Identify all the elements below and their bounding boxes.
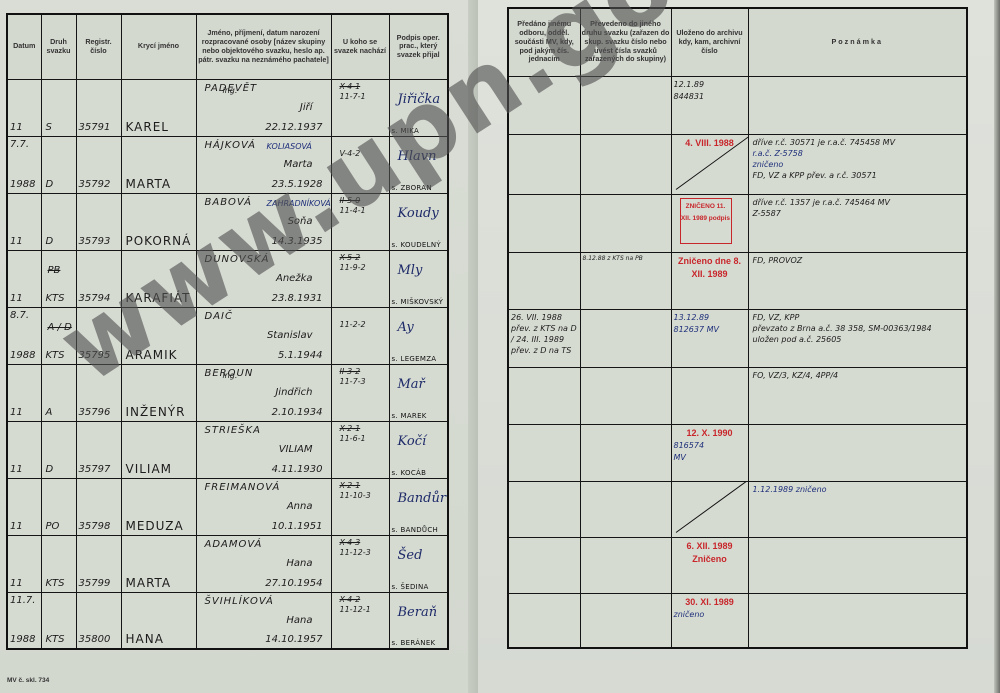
given-name: Jindřich: [275, 387, 312, 398]
archive-line: 816574: [674, 440, 746, 452]
note-line: dříve r.č. 1357 je r.a.č. 745464 MV: [753, 197, 963, 208]
archive-line: 13.12.89: [674, 312, 746, 324]
reg-number: 35792: [79, 179, 111, 190]
location-cell: 11-2-2: [331, 307, 389, 364]
file-type: PO: [46, 521, 60, 532]
location-cell: X-2-1 11-6-1: [331, 421, 389, 478]
converted: [581, 594, 671, 598]
surname: PADEVĚT: [205, 83, 258, 94]
handed-over: [509, 594, 580, 598]
archive-cell: [671, 367, 748, 424]
reg-number: 35793: [79, 236, 111, 247]
cover-name: POKORNÁ: [126, 234, 192, 248]
notes-cell: FD, VZ, KPPpřevzato z Brna a.č. 38 358, …: [748, 309, 967, 367]
handed-over: [509, 253, 580, 257]
converted-cell: [580, 76, 671, 134]
converted-cell: [580, 134, 671, 194]
archive-cell: 30. XI. 1989zničeno: [671, 593, 748, 648]
given-name: Anežka: [276, 273, 313, 284]
date-bottom: 11: [10, 464, 23, 475]
reg-number-cell: 35791: [76, 79, 121, 136]
cover-name-cell: ARAMIK: [121, 307, 196, 364]
officer-name: s. BERÁNEK: [392, 639, 436, 647]
surname: BABOVÁ: [205, 197, 252, 208]
file-type: KTS: [46, 350, 65, 361]
notes-cell: FO, VZ/3, KZ/4, 4PP/4: [748, 367, 967, 424]
officer-name: s. MIKA: [392, 127, 420, 135]
location-old: II-3-2: [340, 367, 361, 376]
table-row: 11 PB KTS 35794 KARAFIÁT DUNOVSKÁ Anežka…: [7, 250, 448, 307]
reg-number: 35800: [79, 634, 111, 645]
file-type-cell: S: [41, 79, 76, 136]
signature-cell: Ay s. LEGEMZA: [389, 307, 448, 364]
notes-cell: [748, 537, 967, 593]
given-name: Soňa: [288, 216, 313, 227]
date-bottom: 11: [10, 236, 23, 247]
signature-scribble: Beraň: [398, 605, 438, 620]
archive-cell: 6. XII. 1989 Zničeno: [671, 537, 748, 593]
registry-table-right: Předáno jinému odboru, odděl. součásti M…: [507, 7, 968, 649]
converted-cell: [580, 424, 671, 481]
table-row: 11 D 35797 VILIAM STRIEŠKA VILIAM 4.11.1…: [7, 421, 448, 478]
table-row: 1.12.1989 zničeno: [508, 481, 967, 537]
given-name: Jiří: [300, 102, 313, 113]
officer-name: s. KOUDELNÝ: [392, 241, 441, 249]
surname: ŠVIHLÍKOVÁ: [205, 596, 274, 607]
handed-over-cell: [508, 424, 580, 481]
signature-cell: Šed s. ŠEDINA: [389, 535, 448, 592]
converted-cell: [580, 309, 671, 367]
location-cell: II-5-0 11-4-1: [331, 193, 389, 250]
strike-line: [675, 481, 748, 532]
converted-cell: [580, 537, 671, 593]
reg-number: 35797: [79, 464, 111, 475]
cover-name: KARAFIÁT: [126, 291, 191, 305]
location-new: 11-10-3: [340, 491, 371, 500]
handed-over: [509, 135, 580, 139]
given-name: Hana: [286, 558, 312, 569]
archive-cell: 12.1.89844831: [671, 76, 748, 134]
location-cell: X-2-1 11-10-3: [331, 478, 389, 535]
header-person: Jméno, příjmení, datum narození rozpraco…: [196, 14, 331, 79]
reg-number-cell: 35795: [76, 307, 121, 364]
date-of-birth: 23.8.1931: [272, 293, 323, 304]
date-of-birth: 22.12.1937: [265, 122, 322, 133]
signature-scribble: Mly: [398, 263, 423, 278]
file-type-cell: D: [41, 193, 76, 250]
location-old: X-5-2: [340, 253, 361, 262]
converted: [581, 135, 671, 139]
notes-cell: [748, 76, 967, 134]
archive-cell: 4. VIII. 1988: [671, 134, 748, 194]
officer-name: s. BANDŮCH: [392, 526, 439, 534]
officer-name: s. ŠEDINA: [392, 583, 429, 591]
archive-cell: 12. X. 1990816574MV: [671, 424, 748, 481]
handed-over-cell: [508, 252, 580, 309]
cover-name: MARTA: [126, 576, 172, 590]
surname-alt: ZAHRADNÍKOVÁ: [267, 199, 331, 208]
date-cell: 11: [7, 364, 41, 421]
handed-over-cell: [508, 593, 580, 648]
header-date: Datum: [7, 14, 41, 79]
person-cell: DUNOVSKÁ Anežka 23.8.1931: [196, 250, 331, 307]
converted: [581, 425, 671, 429]
location-old: X-2-1: [340, 481, 361, 490]
header-notes: Poznámka: [748, 8, 967, 76]
table-row: FO, VZ/3, KZ/4, 4PP/4: [508, 367, 967, 424]
archive-line: 12.1.89: [674, 79, 746, 91]
converted: [581, 538, 671, 542]
handed-over: 26. VII. 1988 přev. z KTS na D / 24. III…: [509, 310, 580, 358]
date-of-birth: 14.3.1935: [272, 236, 323, 247]
person-cell: HÁJKOVÁ KOLIASOVÁ Marta 23.5.1928: [196, 136, 331, 193]
registry-table-left: Datum Druh svazku Registr. číslo Krycí j…: [6, 13, 449, 650]
cover-name-cell: VILIAM: [121, 421, 196, 478]
archive-cell: 13.12.89812637 MV: [671, 309, 748, 367]
location-old: X-4-3: [340, 538, 361, 547]
archive-cell: Zničeno dne 8. XII. 1989: [671, 252, 748, 309]
table-row: 6. XII. 1989 Zničeno: [508, 537, 967, 593]
table-row: 30. XI. 1989zničeno: [508, 593, 967, 648]
surname: DAIČ: [205, 311, 233, 322]
signature-cell: Beraň s. BERÁNEK: [389, 592, 448, 649]
converted-cell: [580, 593, 671, 648]
officer-name: s. MAREK: [392, 412, 427, 420]
archive-cell: ZNIČENO 11. XII. 1989 podpis: [671, 194, 748, 252]
reg-number-cell: 35792: [76, 136, 121, 193]
location-new: 11-7-1: [340, 92, 366, 101]
left-page: Datum Druh svazku Registr. číslo Krycí j…: [0, 0, 478, 693]
signature-scribble: Kočí: [398, 434, 427, 449]
file-type-cell: KTS: [41, 535, 76, 592]
note-line: uložen pod a.č. 25605: [753, 334, 963, 345]
header-archive: Uloženo do archivu kdy, kam, archivní čí…: [671, 8, 748, 76]
handed-over-cell: [508, 76, 580, 134]
cover-name-cell: HANA: [121, 592, 196, 649]
file-type-cell: A: [41, 364, 76, 421]
signature-scribble: Koudy: [398, 206, 439, 221]
reg-number-cell: 35799: [76, 535, 121, 592]
archive-line: 844831: [674, 91, 746, 103]
note-line: 1.12.1989 zničeno: [753, 484, 963, 495]
location-new: 11-9-2: [340, 263, 366, 272]
location-new: 11-4-1: [340, 206, 366, 215]
date-cell: 11: [7, 250, 41, 307]
date-bottom: 11: [10, 122, 23, 133]
date-of-birth: 14.10.1957: [265, 634, 322, 645]
reg-number-cell: 35797: [76, 421, 121, 478]
file-type: KTS: [46, 634, 65, 645]
date-top: 11.7.: [10, 595, 35, 606]
table-row: 11.7. 1988 KTS 35800 HANA ŠVIHLÍKOVÁ Han…: [7, 592, 448, 649]
note-line: r.a.č. Z-5758: [753, 148, 963, 159]
handed-over: [509, 195, 580, 199]
converted: [581, 195, 671, 199]
note-line: převzato z Brna a.č. 38 358, SM-00363/19…: [753, 323, 963, 334]
file-type-cell: PO: [41, 478, 76, 535]
date-bottom: 11: [10, 578, 23, 589]
converted-cell: [580, 481, 671, 537]
archive-cell: [671, 481, 748, 537]
signature-cell: Mly s. MIŠKOVSKÝ: [389, 250, 448, 307]
converted: [581, 368, 671, 372]
notes-cell: dříve r.č. 1357 je r.a.č. 745464 MVZ-558…: [748, 194, 967, 252]
table-row: 8.12.88 z KTS na PB Zničeno dne 8. XII. …: [508, 252, 967, 309]
handed-over-cell: 26. VII. 1988 přev. z KTS na D / 24. III…: [508, 309, 580, 367]
reg-number: 35796: [79, 407, 111, 418]
cover-name: VILIAM: [126, 462, 173, 476]
date-cell: 11: [7, 79, 41, 136]
cover-name-cell: KARAFIÁT: [121, 250, 196, 307]
handed-over-cell: [508, 194, 580, 252]
converted: 8.12.88 z KTS na PB: [581, 253, 671, 264]
note-line: zničeno: [753, 159, 963, 170]
archive-line: MV: [674, 452, 746, 464]
given-name: Marta: [284, 159, 313, 170]
person-cell: STRIEŠKA VILIAM 4.11.1930: [196, 421, 331, 478]
location-old: X-4-1: [340, 82, 361, 91]
signature-scribble: Jiřička: [398, 92, 441, 107]
table-row: 12.1.89844831: [508, 76, 967, 134]
reg-number-cell: 35794: [76, 250, 121, 307]
cover-name: ARAMIK: [126, 348, 178, 362]
date-of-birth: 2.10.1934: [272, 407, 323, 418]
notes-cell: dříve r.č. 30571 je r.a.č. 745458 MVr.a.…: [748, 134, 967, 194]
file-type: S: [46, 122, 52, 133]
signature-cell: Hlavn s. ZBORAN: [389, 136, 448, 193]
cover-name-cell: MARTA: [121, 535, 196, 592]
surname: DUNOVSKÁ: [205, 254, 270, 265]
handed-over: [509, 77, 580, 81]
cover-name: MEDUZA: [126, 519, 184, 533]
signature-scribble: Hlavn: [398, 149, 437, 164]
date-cell: 11: [7, 535, 41, 592]
handed-over-cell: [508, 537, 580, 593]
table-row: 11 A 35796 INŽENÝR ing. BEROUN Jindřich …: [7, 364, 448, 421]
officer-name: s. ZBORAN: [392, 184, 432, 192]
date-cell: 8.7. 1988: [7, 307, 41, 364]
table-row: 11 D 35793 POKORNÁ BABOVÁ ZAHRADNÍKOVÁ S…: [7, 193, 448, 250]
handed-over-cell: [508, 481, 580, 537]
table-row: 7.7. 1988 D 35792 MARTA HÁJKOVÁ KOLIASOV…: [7, 136, 448, 193]
given-name: Hana: [286, 615, 312, 626]
handed-over: [509, 368, 580, 372]
destroyed-stamp: ZNIČENO 11. XII. 1989 podpis: [680, 198, 732, 244]
location-cell: X-4-3 11-12-3: [331, 535, 389, 592]
table-row: 11 PO 35798 MEDUZA FREIMANOVÁ Anna 10.1.…: [7, 478, 448, 535]
header-cover-name: Krycí jméno: [121, 14, 196, 79]
notes-cell: [748, 593, 967, 648]
signature-cell: Kočí s. KOCÁB: [389, 421, 448, 478]
file-type-old: PB: [48, 265, 61, 276]
person-cell: ing. PADEVĚT Jiří 22.12.1937: [196, 79, 331, 136]
table-row: 8.7. 1988 A / D KTS 35795 ARAMIK DAIČ St…: [7, 307, 448, 364]
officer-name: s. LEGEMZA: [392, 355, 437, 363]
date-of-birth: 10.1.1951: [272, 521, 323, 532]
date-of-birth: 4.11.1930: [272, 464, 323, 475]
table-row: 11 KTS 35799 MARTA ADAMOVÁ Hana 27.10.19…: [7, 535, 448, 592]
converted: [581, 310, 671, 314]
archive-line: zničeno: [674, 609, 746, 621]
form-number: MV č. skl. 734: [7, 677, 49, 684]
cover-name: MARTA: [126, 177, 172, 191]
table-row: ZNIČENO 11. XII. 1989 podpis dříve r.č. …: [508, 194, 967, 252]
cover-name: INŽENÝR: [126, 405, 186, 419]
file-type: D: [46, 464, 54, 475]
handed-over: [509, 482, 580, 486]
cover-name-cell: MARTA: [121, 136, 196, 193]
notes-cell: [748, 424, 967, 481]
location-cell: V-4-2: [331, 136, 389, 193]
date-bottom: 11: [10, 293, 23, 304]
person-cell: ADAMOVÁ Hana 27.10.1954: [196, 535, 331, 592]
signature-scribble: Bandůr: [398, 491, 447, 506]
file-type-cell: D: [41, 136, 76, 193]
handed-over-cell: [508, 367, 580, 424]
location-cell: X-5-2 11-9-2: [331, 250, 389, 307]
cover-name-cell: KAREL: [121, 79, 196, 136]
location-cell: II-3-2 11-7-3: [331, 364, 389, 421]
table-row: 26. VII. 1988 přev. z KTS na D / 24. III…: [508, 309, 967, 367]
cover-name: KAREL: [126, 120, 169, 134]
location-new: 11-2-2: [340, 320, 366, 329]
date-bottom: 1988: [10, 634, 35, 645]
note-line: FD, VZ a KPP přev. a r.č. 30571: [753, 170, 963, 181]
location-old: II-5-0: [340, 196, 361, 205]
file-type: KTS: [46, 293, 65, 304]
person-cell: ing. BEROUN Jindřich 2.10.1934: [196, 364, 331, 421]
surname-alt: KOLIASOVÁ: [267, 142, 312, 151]
signature-scribble: Mař: [398, 377, 425, 392]
surname: FREIMANOVÁ: [205, 482, 281, 493]
note-line: dříve r.č. 30571 je r.a.č. 745458 MV: [753, 137, 963, 148]
date-of-birth: 27.10.1954: [265, 578, 322, 589]
reg-number: 35799: [79, 578, 111, 589]
date-cell: 11.7. 1988: [7, 592, 41, 649]
surname: HÁJKOVÁ: [205, 140, 256, 151]
signature-scribble: Šed: [398, 548, 423, 563]
date-bottom: 11: [10, 521, 23, 532]
date-stamp: Zničeno dne 8. XII. 1989: [674, 255, 746, 281]
reg-number-cell: 35800: [76, 592, 121, 649]
reg-number-cell: 35798: [76, 478, 121, 535]
date-of-birth: 5.1.1944: [278, 350, 323, 361]
reg-number-cell: 35793: [76, 193, 121, 250]
date-of-birth: 23.5.1928: [272, 179, 323, 190]
table-row: 11 S 35791 KAREL ing. PADEVĚT Jiří 22.12…: [7, 79, 448, 136]
file-type-cell: A / D KTS: [41, 307, 76, 364]
surname: STRIEŠKA: [205, 425, 261, 436]
location-cell: X-4-2 11-12-1: [331, 592, 389, 649]
signature-scribble: Ay: [398, 320, 414, 335]
file-type: A: [46, 407, 53, 418]
person-cell: ŠVIHLÍKOVÁ Hana 14.10.1957: [196, 592, 331, 649]
location-new: 11-6-1: [340, 434, 366, 443]
file-type-cell: D: [41, 421, 76, 478]
notes-cell: 1.12.1989 zničeno: [748, 481, 967, 537]
file-type: D: [46, 179, 54, 190]
file-type: KTS: [46, 578, 65, 589]
header-handed-over: Předáno jinému odboru, odděl. součásti M…: [508, 8, 580, 76]
note-line: FD, VZ, KPP: [753, 312, 963, 323]
header-location: U koho se svazek nachází: [331, 14, 389, 79]
given-name: VILIAM: [279, 444, 313, 455]
date-stamp: 12. X. 1990: [674, 427, 746, 440]
signature-cell: Mař s. MAREK: [389, 364, 448, 421]
person-cell: FREIMANOVÁ Anna 10.1.1951: [196, 478, 331, 535]
date-cell: 11: [7, 478, 41, 535]
converted: [581, 482, 671, 486]
person-cell: BABOVÁ ZAHRADNÍKOVÁ Soňa 14.3.1935: [196, 193, 331, 250]
cover-name-cell: MEDUZA: [121, 478, 196, 535]
date-stamp: 6. XII. 1989 Zničeno: [674, 540, 746, 566]
date-cell: 11: [7, 193, 41, 250]
file-type-cell: KTS: [41, 592, 76, 649]
cover-name-cell: INŽENÝR: [121, 364, 196, 421]
location-cell: X-4-1 11-7-1: [331, 79, 389, 136]
reg-number: 35798: [79, 521, 111, 532]
cover-name-cell: POKORNÁ: [121, 193, 196, 250]
document-spread: Datum Druh svazku Registr. číslo Krycí j…: [0, 0, 1000, 693]
signature-cell: Koudy s. KOUDELNÝ: [389, 193, 448, 250]
file-type-cell: PB KTS: [41, 250, 76, 307]
reg-number: 35795: [79, 350, 111, 361]
note-line: Z-5587: [753, 208, 963, 219]
date-bottom: 1988: [10, 350, 35, 361]
note-line: FD, PROVOZ: [753, 255, 963, 266]
header-file-type: Druh svazku: [41, 14, 76, 79]
notes-cell: FD, PROVOZ: [748, 252, 967, 309]
header-row: Datum Druh svazku Registr. číslo Krycí j…: [7, 14, 448, 79]
location-new: 11-12-3: [340, 548, 371, 557]
officer-name: s. KOCÁB: [392, 469, 427, 477]
date-top: 7.7.: [10, 139, 29, 150]
given-name: Anna: [287, 501, 313, 512]
file-type: D: [46, 236, 54, 247]
surname: ADAMOVÁ: [205, 539, 263, 550]
converted-cell: 8.12.88 z KTS na PB: [580, 252, 671, 309]
header-signature: Podpis oper. prac., který svazek přijal: [389, 14, 448, 79]
location-old: X-4-2: [340, 595, 361, 604]
given-name: Stanislav: [267, 330, 313, 341]
signature-cell: Bandůr s. BANDŮCH: [389, 478, 448, 535]
table-row: 4. VIII. 1988 dříve r.č. 30571 je r.a.č.…: [508, 134, 967, 194]
reg-number-cell: 35796: [76, 364, 121, 421]
table-row: 12. X. 1990816574MV: [508, 424, 967, 481]
date-cell: 7.7. 1988: [7, 136, 41, 193]
surname: BEROUN: [205, 368, 254, 379]
converted-cell: [580, 194, 671, 252]
location-new: V-4-2: [340, 149, 361, 158]
page-edge: [994, 0, 1000, 693]
archive-line: 812637 MV: [674, 324, 746, 336]
date-stamp: 4. VIII. 1988: [674, 137, 746, 150]
reg-number: 35791: [79, 122, 111, 133]
header-reg-number: Registr. číslo: [76, 14, 121, 79]
note-line: FO, VZ/3, KZ/4, 4PP/4: [753, 370, 963, 381]
person-cell: DAIČ Stanislav 5.1.1944: [196, 307, 331, 364]
date-stamp: 30. XI. 1989: [674, 596, 746, 609]
converted: [581, 77, 671, 81]
header-converted: Převedeno do jiného druhu svazku (zařaze…: [580, 8, 671, 76]
signature-cell: Jiřička s. MIKA: [389, 79, 448, 136]
handed-over-cell: [508, 134, 580, 194]
location-new: 11-7-3: [340, 377, 366, 386]
reg-number: 35794: [79, 293, 111, 304]
officer-name: s. MIŠKOVSKÝ: [392, 298, 444, 306]
header-row: Předáno jinému odboru, odděl. součásti M…: [508, 8, 967, 76]
file-type-old: A / D: [48, 322, 72, 333]
